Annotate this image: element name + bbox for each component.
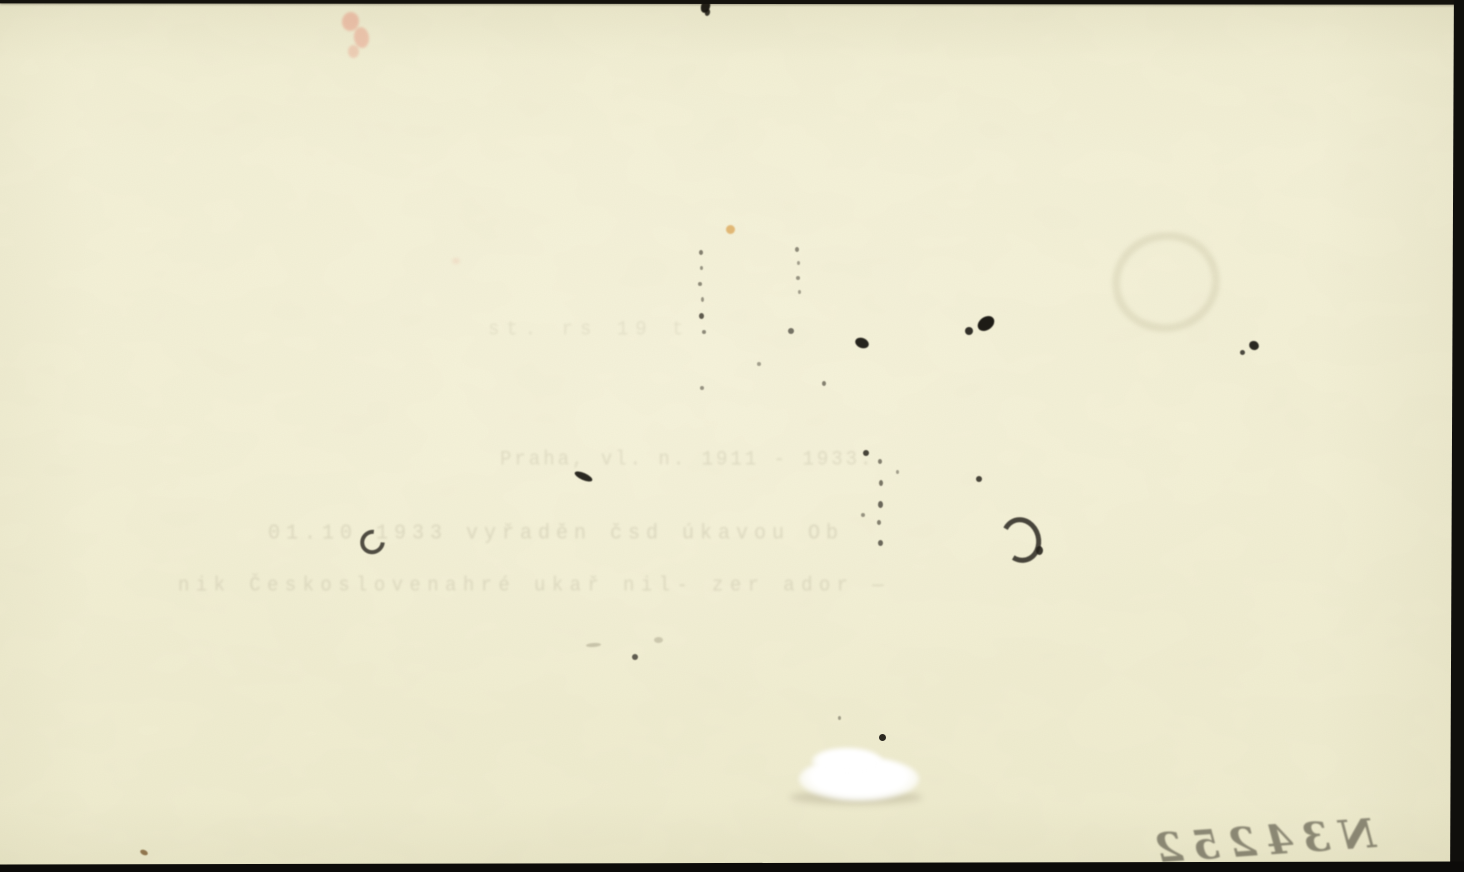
red-stamp-smudge (353, 26, 371, 49)
ink-speck (861, 513, 865, 517)
correction-mark (812, 748, 882, 774)
ghost-typewriter-line: st. rs 19 t (488, 317, 690, 340)
ink-speck (877, 520, 881, 525)
ink-speck (878, 540, 883, 546)
paper-fiber-dot (726, 225, 735, 234)
ink-blob (965, 327, 973, 335)
correction-mark-shadow (790, 790, 922, 805)
ink-speck (702, 330, 706, 334)
stamp-ghost-ring (1104, 223, 1228, 340)
paper-fleck (139, 849, 148, 857)
ink-curl-mark (355, 525, 390, 559)
ink-blob (1247, 339, 1260, 352)
ink-speck (700, 266, 703, 270)
ink-speck (878, 501, 883, 508)
ink-speck (896, 470, 899, 474)
ink-speck (700, 386, 704, 390)
ink-speck (822, 381, 826, 386)
ink-speck (1240, 350, 1245, 355)
paper-shading (0, 0, 1464, 872)
scan-edge-bottom (0, 861, 1464, 872)
scan-edge-top (0, 0, 1464, 5)
paper-texture (0, 0, 1464, 872)
ink-speck (795, 247, 799, 252)
correction-mark (799, 757, 919, 801)
ink-speck (838, 716, 841, 720)
ghost-typewriter-line: Praha, vl. n. 1911 - 1933. (500, 447, 874, 470)
ink-speck (701, 297, 704, 302)
red-stamp-smudge (452, 258, 460, 264)
ink-speck (878, 459, 882, 464)
ink-curl-mark (996, 513, 1047, 568)
red-stamp-smudge (348, 45, 359, 58)
scanned-card: st. rs 19 tPraha, vl. n. 1911 - 1933.01.… (0, 0, 1464, 872)
ink-speck (976, 476, 982, 482)
ink-drip (704, 8, 711, 16)
ink-speck (863, 450, 869, 456)
ghost-typewriter-line: nik Českoslovenahré ukař nil- zer ador — (178, 573, 890, 596)
ink-faint-dash (586, 642, 601, 647)
ink-speck (788, 328, 794, 334)
ink-blob (854, 336, 871, 351)
ink-dot (1036, 546, 1043, 555)
ink-speck (797, 261, 800, 265)
ink-blob (975, 313, 997, 334)
scan-edge-right (1450, 0, 1464, 872)
ink-speck (879, 480, 883, 486)
red-stamp-smudge (340, 11, 360, 33)
ink-speck (879, 734, 886, 741)
ink-speck (796, 276, 800, 280)
ink-dash (573, 469, 593, 483)
ink-speck (757, 362, 761, 366)
ink-speck (699, 313, 704, 319)
ghost-typewriter-line: 01.10.1933 vyřaděn čsd úkavou Ob (268, 521, 844, 545)
ink-speck (798, 290, 801, 294)
ink-speck (698, 282, 702, 286)
ink-speck (699, 250, 703, 255)
ink-faint-dash (654, 637, 663, 643)
ink-speck (632, 654, 638, 660)
